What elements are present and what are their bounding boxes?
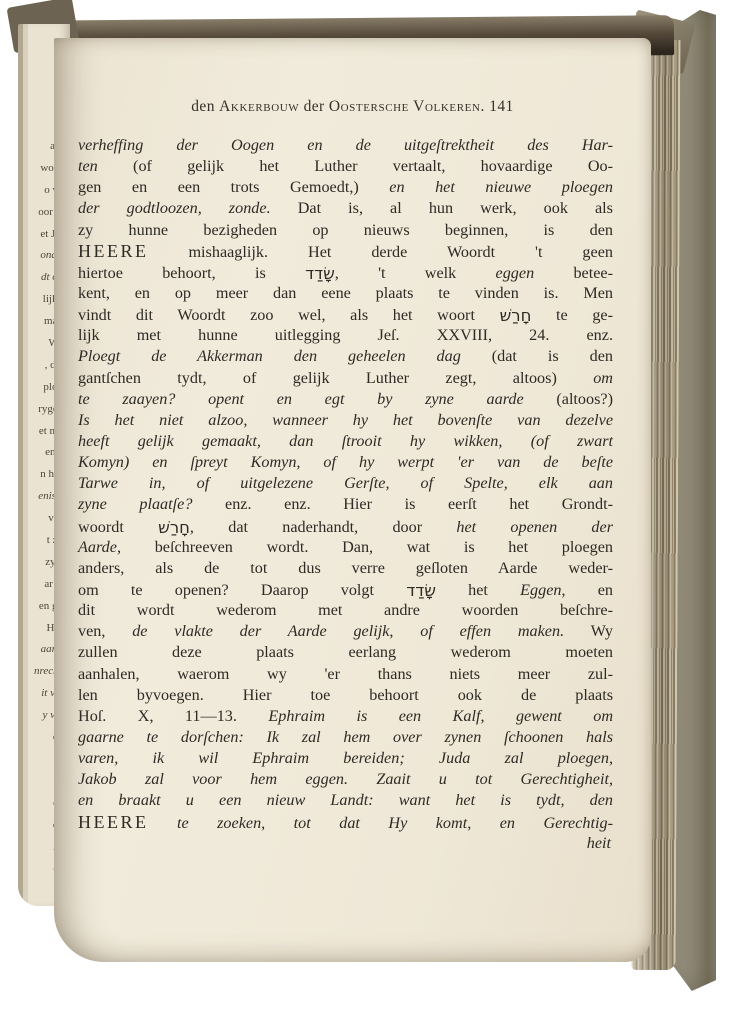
text-run: der godtloozen, zonde.: [78, 199, 271, 217]
text-line: Tarwe in, of uitgelezene Gerſte, of Spel…: [78, 473, 613, 494]
text-line: HEERE te zoeken, tot dat Hy komt, en Ger…: [78, 812, 613, 833]
body-text: verheffing der Oogen en de uitgeſtrekthe…: [78, 135, 613, 854]
text-line: om te openen? Daarop volgt שָׂדַד het Eg…: [78, 579, 613, 600]
text-run: om te openen? Daarop volgt: [78, 581, 406, 599]
text-run: te zoeken, tot dat Hy komt, en Gerechtig…: [149, 814, 614, 832]
text-line: te zaayen? opent en egt by zyne aarde (a…: [78, 389, 613, 410]
text-line: der godtloozen, zonde. Dat is, al hun we…: [78, 198, 613, 219]
text-run: Wy: [564, 622, 613, 640]
text-run: mishaaglijk. Het derde Woordt 't geen: [149, 243, 614, 261]
text-run: anders, als de tot dus verre geſloten Aa…: [78, 559, 613, 577]
text-line: verheffing der Oogen en de uitgeſtrekthe…: [78, 135, 613, 156]
text-run: betee-: [534, 264, 613, 282]
text-run: (altoos?): [524, 390, 613, 408]
text-run: , 't welk: [335, 264, 496, 282]
text-line: Is het niet alzoo, wanneer hy het bovenſ…: [78, 410, 613, 431]
text-lines: verheffing der Oogen en de uitgeſtrekthe…: [78, 135, 613, 833]
hebrew-word: שָׂדַד: [305, 264, 335, 283]
text-line: Ploegt de Akkerman den geheelen dag (dat…: [78, 346, 613, 367]
text-run: Ploegt de Akkerman den geheelen dag: [78, 347, 461, 365]
text-run: eggen: [496, 264, 535, 282]
text-run: enz. enz. Hier is eerſt het Grondt-: [192, 495, 613, 513]
text-run: Is het niet alzoo, wanneer hy het bovenſ…: [78, 411, 613, 429]
text-run: te ge-: [531, 306, 613, 324]
text-line: vindt dit Woordt zoo wel, als het woort …: [78, 304, 613, 325]
text-line: kent, en op meer dan eene plaats te vind…: [78, 283, 613, 304]
text-line: lijk met hunne uitlegging Jeſ. XXVIII, 2…: [78, 325, 613, 346]
text-run: Eggen: [520, 581, 561, 599]
text-line: zy hunne bezigheden op nieuws beginnen, …: [78, 220, 613, 241]
text-run: HEERE: [78, 241, 149, 261]
text-line: gantſchen tydt, of gelijk Luther zegt, a…: [78, 368, 613, 389]
text-line: gaarne te dorſchen: Ik zal hem over zyne…: [78, 727, 613, 748]
text-line: varen, ik wil Ephraim bereiden; Juda zal…: [78, 748, 613, 769]
text-line: aanhalen, waerom wy 'er thans niets meer…: [78, 664, 613, 685]
hebrew-word: חָרַשׁ: [158, 518, 190, 537]
text-run: Jakob zal voor hem eggen. Zaait u tot Ge…: [78, 770, 613, 788]
text-run: gantſchen tydt, of gelijk Luther zegt, a…: [78, 369, 593, 387]
text-run: gaarne te dorſchen: Ik zal hem over zyne…: [78, 728, 613, 746]
text-run: vindt dit Woordt zoo wel, als het woort: [78, 306, 500, 324]
text-run: ten: [78, 157, 98, 175]
text-run: heeft gelijk gemaakt, dan ſtrooit hy wik…: [78, 432, 613, 450]
text-run: Akkerbouw: [219, 98, 299, 115]
text-run: en braakt u een nieuw Landt: want het is…: [78, 791, 613, 809]
text-line: en braakt u een nieuw Landt: want het is…: [78, 790, 613, 811]
text-run: gen en een trots Gemoedt,): [78, 178, 389, 196]
text-line: Hoſ. X, 11—13. Ephraim is een Kalf, gewe…: [78, 706, 613, 727]
text-line: HEERE mishaaglijk. Het derde Woordt 't g…: [78, 241, 613, 262]
text-run: het: [436, 581, 520, 599]
text-line: heeft gelijk gemaakt, dan ſtrooit hy wik…: [78, 431, 613, 452]
text-run: lijk met hunne uitlegging Jeſ. XXVIII, 2…: [78, 326, 613, 344]
text-run: (of gelijk het Luther vertaalt, hovaardi…: [98, 157, 613, 175]
text-line: Jakob zal voor hem eggen. Zaait u tot Ge…: [78, 769, 613, 790]
text-run: zyne plaatſe?: [78, 495, 192, 513]
text-run: Tarwe in, of uitgelezene Gerſte, of Spel…: [78, 474, 613, 492]
text-run: 141: [485, 98, 514, 115]
text-line: ven, de vlakte der Aarde gelijk, of effe…: [78, 621, 613, 642]
text-run: aanhalen, waerom wy 'er thans niets meer…: [78, 665, 613, 683]
text-run: , en: [561, 581, 613, 599]
book-photo: allewordto veloor deet Jeſ.onderdt op.li…: [0, 0, 730, 1024]
text-line: hiertoe behoort, is שָׂדַד, 't welk egge…: [78, 262, 613, 283]
text-line: zullen deze plaats eerlang wederom moete…: [78, 642, 613, 663]
text-run: en het nieuwe ploegen: [389, 178, 613, 196]
text-run: den: [191, 98, 219, 115]
text-run: Ephraim is een Kalf, gewent om: [268, 707, 613, 725]
text-line: zyne plaatſe? enz. enz. Hier is eerſt he…: [78, 494, 613, 515]
text-run: hiertoe behoort, is: [78, 264, 305, 282]
text-run: te zaayen? opent en egt by zyne aarde: [78, 390, 524, 408]
text-line: Komyn) en ſpreyt Komyn, of hy werpt 'er …: [78, 452, 613, 473]
hebrew-word: חָרַשׁ: [500, 306, 532, 325]
text-run: Aarde,: [78, 538, 121, 556]
text-run: zy hunne bezigheden op nieuws beginnen, …: [78, 221, 613, 239]
text-line: gen en een trots Gemoedt,) en het nieuwe…: [78, 177, 613, 198]
text-run: het openen der: [456, 518, 613, 536]
running-header: den Akkerbouw der Oostersche Volkeren. 1…: [54, 98, 651, 116]
text-run: dit wordt wederom met andre woorden beſc…: [78, 601, 613, 619]
text-run: Hoſ. X, 11—13.: [78, 707, 268, 725]
catchword: heit: [78, 833, 613, 854]
text-run: om: [593, 369, 613, 387]
text-run: ven,: [78, 622, 132, 640]
text-line: woordt חָרַשׁ, dat naderhandt, door het …: [78, 516, 613, 537]
text-run: der: [299, 98, 329, 115]
book-page: den Akkerbouw der Oostersche Volkeren. 1…: [54, 38, 651, 962]
text-run: de vlakte der Aarde gelijk, of effen mak…: [132, 622, 564, 640]
text-run: kent, en op meer dan eene plaats te vind…: [78, 284, 613, 302]
text-run: Dat is, al hun werk, ook als: [271, 199, 613, 217]
text-run: Komyn) en ſpreyt Komyn, of hy werpt 'er …: [78, 453, 613, 471]
text-line: dit wordt wederom met andre woorden beſc…: [78, 600, 613, 621]
text-run: verheffing der Oogen en de uitgeſtrekthe…: [78, 136, 613, 154]
text-line: len byvoegen. Hier toe behoort ook de pl…: [78, 685, 613, 706]
text-line: ten (of gelijk het Luther vertaalt, hova…: [78, 156, 613, 177]
text-line: anders, als de tot dus verre geſloten Aa…: [78, 558, 613, 579]
text-run: zullen deze plaats eerlang wederom moete…: [78, 643, 613, 661]
text-run: HEERE: [78, 812, 149, 832]
text-run: , dat naderhandt, door: [190, 518, 456, 536]
text-run: varen, ik wil Ephraim bereiden; Juda zal…: [78, 749, 613, 767]
text-line: Aarde, beſchreeven wordt. Dan, wat is he…: [78, 537, 613, 558]
text-run: Oostersche Volkeren.: [329, 98, 485, 115]
text-run: len byvoegen. Hier toe behoort ook de pl…: [78, 686, 613, 704]
text-run: (dat is den: [461, 347, 613, 365]
hebrew-word: שָׂדַד: [406, 581, 436, 600]
text-run: woordt: [78, 518, 158, 536]
text-run: beſchreeven wordt. Dan, wat is het ploeg…: [121, 538, 613, 556]
